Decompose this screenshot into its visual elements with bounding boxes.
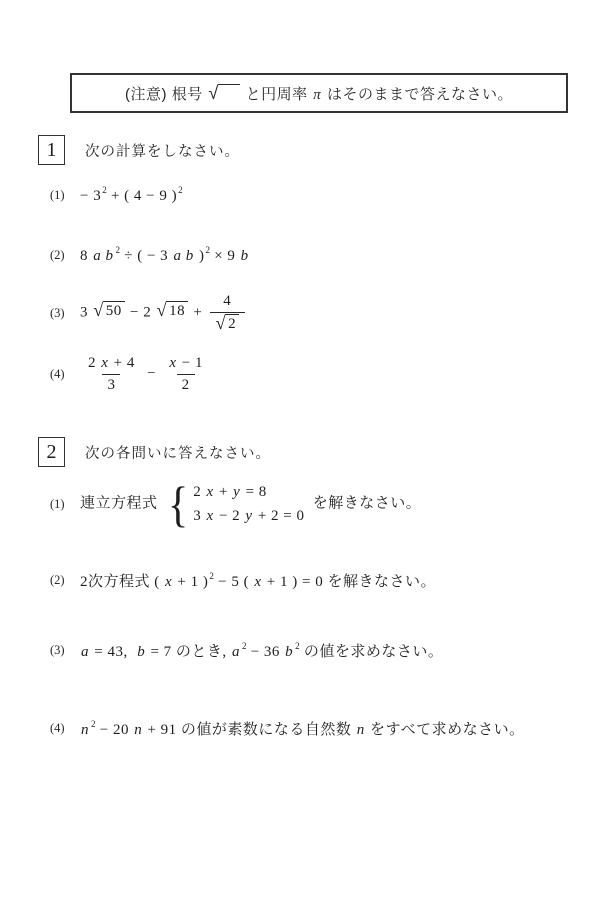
item-label: (3) bbox=[50, 643, 80, 658]
section-2-number-box: 2 bbox=[38, 437, 65, 467]
problem-2-4: (4) n2 − 20 n + 91 の値が素数になる自然数 n をすべて求めな… bbox=[50, 718, 525, 739]
item-formula: n2 − 20 n + 91 の値が素数になる自然数 n をすべて求めなさい。 bbox=[80, 718, 525, 739]
section-1-number-box: 1 bbox=[38, 135, 65, 165]
item-label: (1) bbox=[50, 188, 80, 203]
problem-1-4: (4) 2 x + 43 − x − 12 bbox=[50, 352, 211, 396]
problem-2-1: (1) 連立方程式 {2 x + y = 83 x − 2 y + 2 = 0 … bbox=[50, 478, 421, 530]
item-formula: 2次方程式 ( x + 1 )2 − 5 ( x + 1 ) = 0 を解きなさ… bbox=[80, 570, 436, 591]
item-label: (3) bbox=[50, 306, 80, 321]
section-1-title: 次の計算をしなさい。 bbox=[85, 140, 240, 161]
section-2-title: 次の各問いに答えなさい。 bbox=[85, 442, 271, 463]
notice-text: (注意) 根号 √ と円周率 π はそのままで答えなさい。 bbox=[125, 83, 513, 104]
problem-1-1: (1) − 32 + ( 4 − 9 )2 bbox=[50, 186, 183, 205]
problem-2-2: (2) 2次方程式 ( x + 1 )2 − 5 ( x + 1 ) = 0 を… bbox=[50, 570, 436, 591]
item-formula: 3 √50 − 2 √18 + 4√2 bbox=[80, 292, 248, 335]
item-formula: − 32 + ( 4 − 9 )2 bbox=[80, 186, 183, 205]
item-label: (2) bbox=[50, 248, 80, 263]
item-formula: a = 43, b = 7 のとき, a2 − 36 b2 の値を求めなさい。 bbox=[80, 640, 443, 661]
item-formula: 連立方程式 {2 x + y = 83 x − 2 y + 2 = 0 を解きな… bbox=[80, 479, 421, 529]
item-formula: 8 a b2 ÷ ( − 3 a b )2 × 9 b bbox=[80, 246, 250, 265]
item-label: (4) bbox=[50, 367, 80, 382]
problem-1-2: (2) 8 a b2 ÷ ( − 3 a b )2 × 9 b bbox=[50, 246, 250, 265]
notice-box: (注意) 根号 √ と円周率 π はそのままで答えなさい。 bbox=[70, 73, 568, 113]
section-2-header: 2 次の各問いに答えなさい。 bbox=[38, 437, 271, 467]
problem-2-3: (3) a = 43, b = 7 のとき, a2 − 36 b2 の値を求めな… bbox=[50, 640, 443, 661]
section-1-header: 1 次の計算をしなさい。 bbox=[38, 135, 240, 165]
item-label: (4) bbox=[50, 721, 80, 736]
item-label: (2) bbox=[50, 573, 80, 588]
item-formula: 2 x + 43 − x − 12 bbox=[80, 354, 211, 395]
problem-1-3: (3) 3 √50 − 2 √18 + 4√2 bbox=[50, 291, 248, 335]
item-label: (1) bbox=[50, 497, 80, 512]
worksheet-page: (注意) 根号 √ と円周率 π はそのままで答えなさい。 1 次の計算をしなさ… bbox=[0, 0, 600, 900]
